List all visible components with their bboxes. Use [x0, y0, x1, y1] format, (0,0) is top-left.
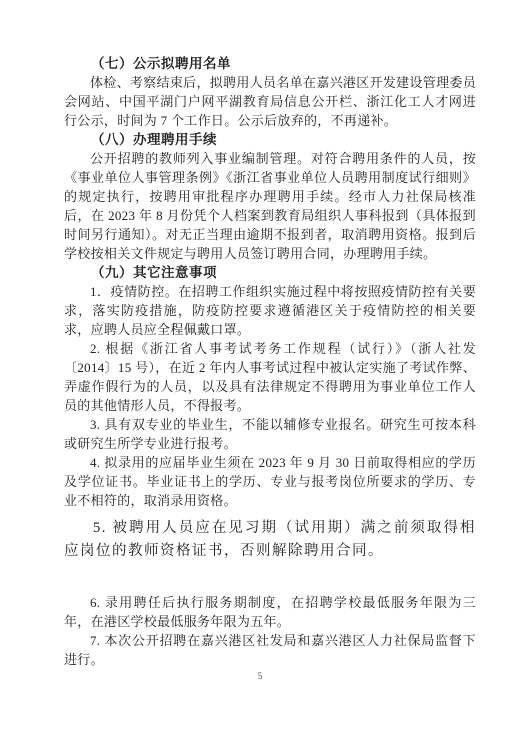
section-9-item-3: 3. 具有双专业的毕业生，不能以辅修专业报名。研究生可按本科或研究生所学专业进行… — [64, 415, 476, 453]
section-7-paragraph: 体检、考察结束后，拟聘用人员名单在嘉兴港区开发建设管理委员会网站、中国平湖门户网… — [64, 73, 476, 130]
document-page: （七）公示拟聘用名单 体检、考察结束后，拟聘用人员名单在嘉兴港区开发建设管理委员… — [0, 0, 520, 735]
section-9-heading: （九）其它注意事项 — [64, 263, 476, 282]
section-8-paragraph: 公开招聘的教师列入事业编制管理。对符合聘用条件的人员，按《事业单位人事管理条例》… — [64, 149, 476, 263]
section-9-item-2: 2. 根据《浙江省人事考试考务工作规程（试行）》（浙人社发〔2014〕15 号）… — [64, 339, 476, 415]
section-9-item-6: 6. 录用聘任后执行服务期制度，在招聘学校最低服务年限为三年，在港区学校最低服务… — [64, 593, 476, 631]
section-9-item-7: 7. 本次公开招聘在嘉兴港区社发局和嘉兴港区人力社保局监督下进行。 — [64, 631, 476, 669]
section-9-item-4: 4. 拟录用的应届毕业生须在 2023 年 9 月 30 日前取得相应的学历及学… — [64, 453, 476, 510]
page-number: 5 — [0, 670, 520, 682]
section-9-item-5: 5. 被聘用人员应在见习期（试用期）满之前须取得相应岗位的教师资格证书，否则解除… — [64, 517, 476, 563]
document-content: （七）公示拟聘用名单 体检、考察结束后，拟聘用人员名单在嘉兴港区开发建设管理委员… — [64, 54, 476, 669]
section-9-item-1: 1．疫情防控。在招聘工作组织实施过程中将按照疫情防控有关要求，落实防疫措施，防疫… — [64, 282, 476, 339]
section-7-heading: （七）公示拟聘用名单 — [64, 54, 476, 73]
section-8-heading: （八）办理聘用手续 — [64, 130, 476, 149]
